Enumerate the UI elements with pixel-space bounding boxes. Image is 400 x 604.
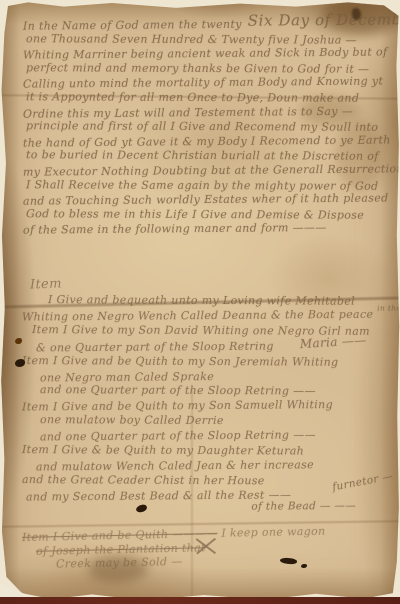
manuscript-line: & one Quarter part of the Sloop RetringM… — [36, 337, 396, 356]
opening-phrase: In the Name of God amen the twenty — [23, 18, 242, 33]
interline-note: in the Bay — [377, 301, 400, 316]
ink-blot — [352, 8, 361, 20]
manuscript-line: and my Second Best Bead & all the Rest —… — [26, 487, 396, 505]
bequests-text: I Give and bequeath unto my Loving wife … — [22, 294, 396, 504]
margin-note: Maria —— — [299, 333, 367, 352]
ink-blot — [135, 504, 147, 513]
crossed-out-text: Item I Give and be Quith ———— I keep one… — [22, 527, 396, 568]
bequest-phrase: & one Quarter part of the Sloop Retring — [36, 339, 274, 354]
ink-blot — [15, 338, 22, 344]
date-phrase: Six Day of Decembr — [248, 10, 400, 29]
bequest-phrase: Whiting one Negro Wench Called Deanna & … — [22, 308, 373, 324]
manuscript-paper: In the Name of God amen the twentySix Da… — [0, 0, 400, 604]
table-edge — [0, 597, 400, 604]
cross-out-mark — [194, 536, 218, 554]
manuscript-line: In the Name of God amen the twentySix Da… — [23, 14, 395, 34]
manuscript-line: Item I Give and be Quith to my Son Jerem… — [22, 354, 396, 371]
bequest-phrase: I keep one wagon — [221, 525, 325, 540]
manuscript-line: of the Same in the following maner and f… — [23, 221, 395, 239]
margin-note: of the Bead — —— — [251, 499, 356, 515]
preamble-text: In the Name of God amen the twentySix Da… — [23, 16, 395, 237]
photo-of-manuscript: In the Name of God amen the twentySix Da… — [0, 0, 400, 604]
item-heading: Item — [30, 276, 62, 292]
bequest-phrase: and the Great Ceader Chist in her House — [22, 473, 265, 487]
